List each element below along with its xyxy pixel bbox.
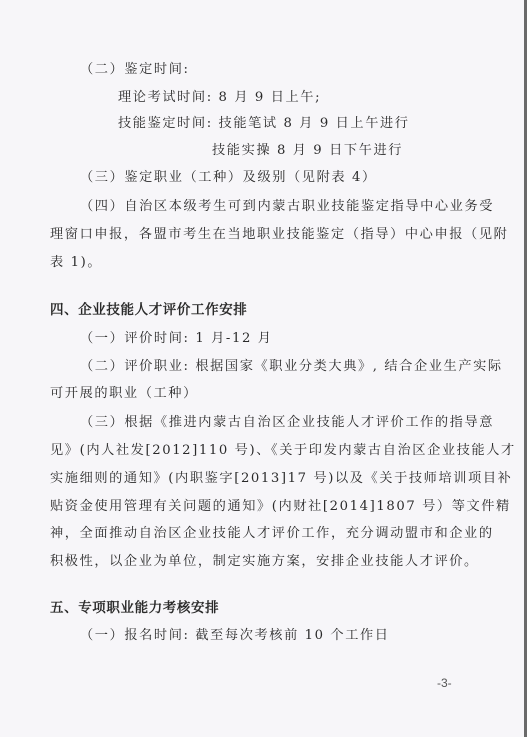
- registration-time: （一）报名时间: 截至每次考核前 10 个工作日: [80, 628, 390, 644]
- application-paragraph-line-2: 理窗口申报，各盟市考生在当地职业技能鉴定（指导）中心申报（见附: [50, 227, 508, 243]
- skill-practical-time: 技能实操 8 月 9 日下午进行: [212, 143, 403, 159]
- basis-paragraph-line-4: 贴资金使用管理有关问题的通知》(内财社[2014]1807 号）等文件精: [50, 499, 511, 515]
- theory-exam-time: 理论考试时间: 8 月 9 日上午;: [118, 90, 321, 106]
- basis-paragraph-line-3: 实施细则的通知》(内职鉴字[2013]17 号)以及《关于技师培训项目补: [50, 471, 512, 487]
- section-four-heading: 四、企业技能人才评价工作安排: [50, 302, 247, 318]
- document-page: （二）鉴定时间: 理论考试时间: 8 月 9 日上午; 技能鉴定时间: 技能笔试…: [0, 0, 527, 737]
- skill-appraisal-time: 技能鉴定时间: 技能笔试 8 月 9 日上午进行: [118, 116, 410, 132]
- evaluation-time: （一）评价时间: 1 月-12 月: [80, 331, 273, 347]
- application-paragraph-line-1: （四）自治区本级考生可到内蒙古职业技能鉴定指导中心业务受: [80, 199, 494, 215]
- evaluation-occupation-line-2: 可开展的职业（工种）: [50, 386, 198, 402]
- basis-paragraph-line-6: 积极性，以企业为单位，制定实施方案，安排企业技能人才评价。: [50, 554, 479, 570]
- appraisal-occupation: （三）鉴定职业（工种）及级别（见附表 4）: [80, 170, 377, 186]
- basis-paragraph-line-5: 神，全面推动自治区企业技能人才评价工作，充分调动盟市和企业的: [50, 526, 494, 542]
- application-paragraph-line-3: 表 1)。: [50, 255, 102, 271]
- section-five-heading: 五、专项职业能力考核安排: [50, 600, 219, 616]
- appraisal-time-label: （二）鉴定时间:: [80, 62, 190, 78]
- evaluation-occupation-line-1: （二）评价职业: 根据国家《职业分类大典》, 结合企业生产实际: [80, 359, 503, 375]
- basis-paragraph-line-1: （三）根据《推进内蒙古自治区企业技能人才评价工作的指导意: [80, 415, 494, 431]
- basis-paragraph-line-2: 见》(内人社发[2012]110 号)、《关于印发内蒙古自治区企业技能人才: [50, 443, 516, 459]
- page-number: -3-: [437, 676, 452, 690]
